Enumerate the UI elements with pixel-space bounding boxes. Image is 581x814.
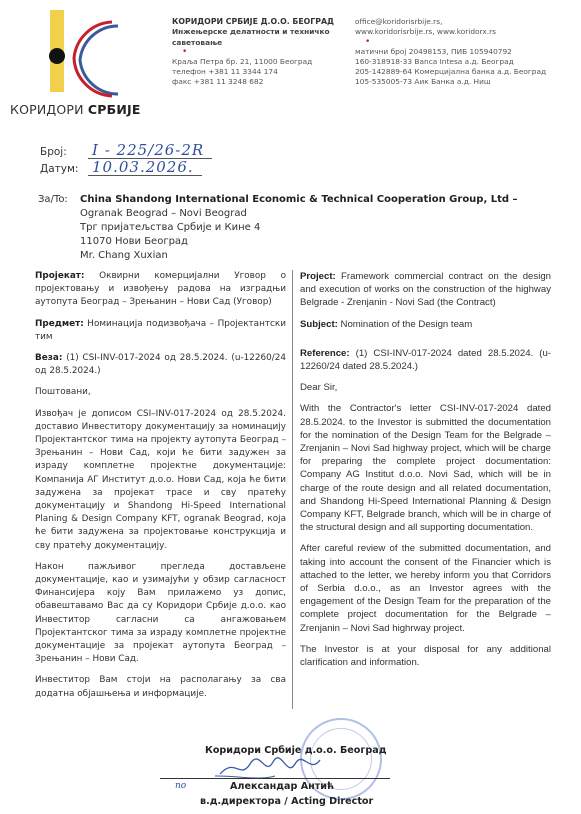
document-meta: Број: I - 225/26-2R Датум: 10.03.2026. [40, 143, 212, 177]
addressee-line: 11070 Нови Београд [38, 235, 518, 249]
serbian-column: Пројекат: Оквирни комерцијални Уговор о … [35, 270, 293, 709]
number-label: Број: [40, 145, 88, 160]
subject-paragraph: Subject: Nomination of the Design team [300, 318, 551, 331]
number-value: I - 225/26-2R [88, 143, 212, 159]
addressee-line: Ogranak Beograd – Novi Beograd [38, 207, 518, 221]
company-name: КОРИДОРИ СРБИЈЕ Д.О.О. БЕОГРАД [172, 17, 342, 27]
greeting: Поштовани, [35, 386, 286, 399]
body-paragraph-2: After careful review of the submitted do… [300, 542, 551, 634]
bank-account-2: 205-142889-64 Комерцијална банка a.д. Бе… [355, 67, 580, 77]
reference-paragraph: Веза: (1) CSI-INV-017-2024 од 28.5.2024.… [35, 352, 286, 378]
signatory-role: в.д.директора / Acting Director [200, 796, 373, 807]
company-phone: телефон +381 11 3344 174 [172, 67, 342, 77]
bank-account-1: 160-318918-33 Banca Intesa a.д. Београд [355, 57, 580, 67]
company-fax: факс +381 11 3248 682 [172, 77, 342, 87]
bullet-dot-icon: • [355, 38, 580, 47]
addressee-block: За/To: China Shandong International Econ… [38, 193, 518, 263]
addressee-label: За/To: [38, 193, 80, 207]
subject-paragraph: Предмет: Номинација подизвођача – Пројек… [35, 318, 286, 344]
company-registry: матични број 20498153, ПИБ 105940792 [355, 47, 580, 57]
letterhead-company-block: КОРИДОРИ СРБИЈЕ Д.О.О. БЕОГРАД Инжењерск… [172, 17, 342, 88]
date-label: Датум: [40, 162, 88, 177]
reference-paragraph: Reference: (1) CSI-INV-017-2024 dated 28… [300, 347, 551, 373]
signatory-name: Александар Антић [230, 781, 334, 792]
body-paragraph-3: The Investor is at your disposal for any… [300, 643, 551, 669]
company-logo [40, 8, 130, 108]
company-activity: Инжењерске делатности и техничко саветов… [172, 27, 342, 48]
company-address: Краља Петра бр. 21, 11000 Београд [172, 57, 342, 67]
project-paragraph: Пројекат: Оквирни комерцијални Уговор о … [35, 270, 286, 310]
letterhead-contact-block: office@koridorisrbije.rs, www.koridorisr… [355, 17, 580, 88]
bilingual-body: Пројекат: Оквирни комерцијални Уговор о … [35, 270, 551, 709]
company-email[interactable]: office@koridorisrbije.rs, [355, 17, 580, 27]
project-paragraph: Project: Framework commercial contract o… [300, 270, 551, 310]
signature-prefix: по [175, 781, 186, 791]
company-websites[interactable]: www.koridorisrbije.rs, www.koridorx.rs [355, 27, 580, 37]
signature-line [160, 778, 390, 779]
body-paragraph-1: Извођач је дописом CSI–INV-017-2024 од 2… [35, 408, 286, 553]
greeting: Dear Sir, [300, 381, 551, 394]
addressee-line: Трг пријатељства Србије и Кине 4 [38, 221, 518, 235]
date-value: 10.03.2026. [88, 160, 202, 176]
english-column: Project: Framework commercial contract o… [293, 270, 551, 709]
bullet-dot-icon: • [172, 48, 342, 57]
bank-account-3: 105-535005-73 Аик Банка а.д. Ниш [355, 77, 580, 87]
body-paragraph-3: Инвеститор Вам стоји на располагању за с… [35, 674, 286, 700]
body-paragraph-2: Након пажљивог прегледа достављене докум… [35, 561, 286, 667]
logo-wordmark: КОРИДОРИ СРБИЈЕ [10, 102, 141, 117]
body-paragraph-1: With the Contractor's letter CSI-INV-017… [300, 402, 551, 534]
addressee-company: China Shandong International Economic & … [80, 193, 518, 207]
addressee-line: Mr. Chang Xuxian [38, 249, 518, 263]
